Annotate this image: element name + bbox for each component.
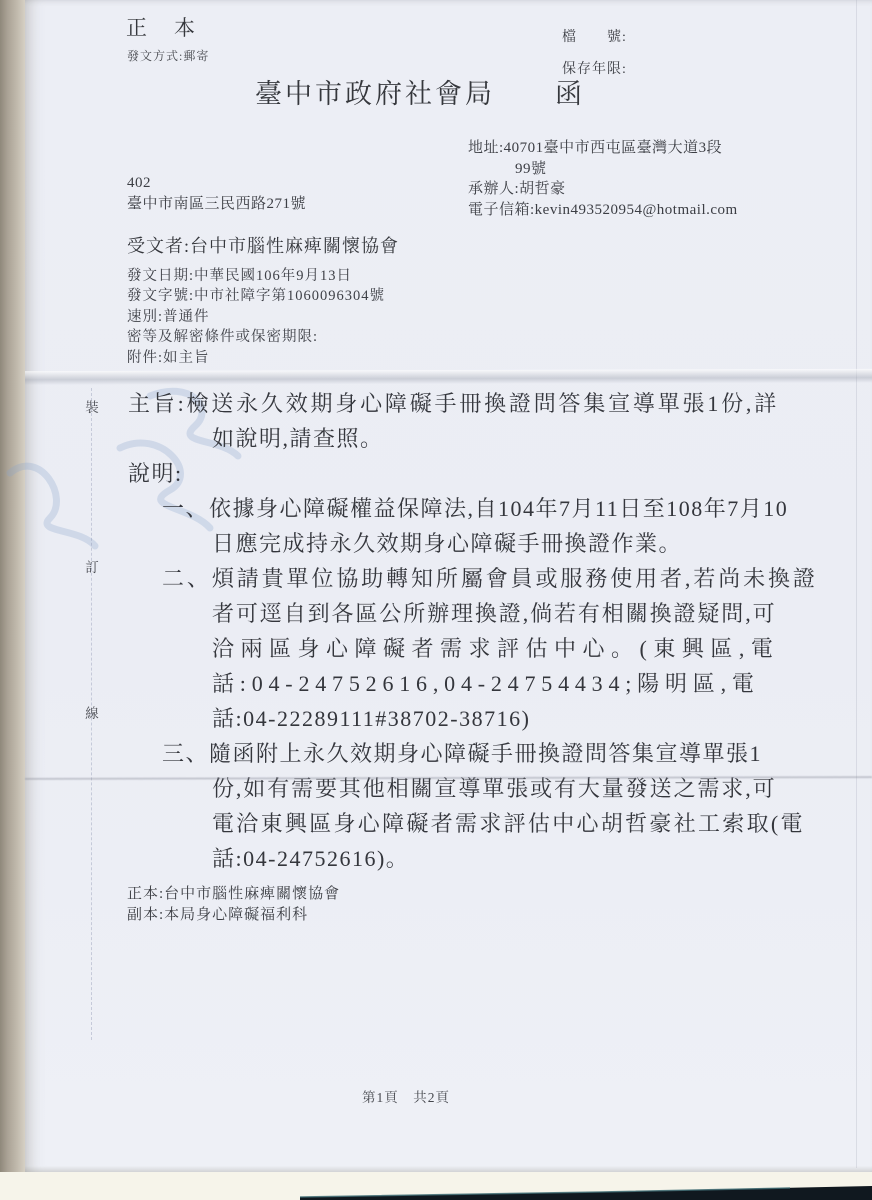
item-2-line-1: 二、煩請貴單位協助轉知所屬會員或服務使用者,若尚未換證 [128, 561, 828, 596]
delivery-method-label: 發文方式:郵寄 [127, 47, 209, 64]
item-1-line-2: 日應完成持永久效期身心障礙手冊換證作業。 [128, 526, 828, 561]
document-title: 臺中市政府社會局 函 [0, 72, 856, 111]
item-3-line-1: 三、隨函附上永久效期身心障礙手冊換證問答集宣導單張1 [128, 736, 828, 771]
security-level: 密等及解密條件或保密期限: [127, 327, 385, 347]
recipient-zip: 402 [127, 173, 306, 194]
carbon-copy-line: 副本:本局身心障礙福利科 [127, 905, 340, 926]
binding-mark-xian: 線 [79, 702, 105, 722]
subject-line-1: 主旨:檢送永久效期身心障礙手冊換證問答集宣導單張1份,詳 [128, 386, 828, 421]
page-number: 第1頁 共2頁 [0, 1086, 842, 1106]
sender-address-line2: 99號 [468, 159, 738, 180]
attachment-note: 附件:如主旨 [127, 348, 385, 368]
item-3-number: 三、 [162, 741, 209, 766]
sender-email: 電子信箱:kevin493520954@hotmail.com [468, 200, 738, 221]
recipient-mailing-address: 402 臺中市南區三民西路271號 [127, 173, 306, 215]
item-3-line-3: 電洽東興區身心障礙者需求評估中心胡哲豪社工索取(電 [128, 806, 828, 841]
scanner-edge-strip [0, 0, 25, 1200]
recipient-street: 臺中市南區三民西路271號 [127, 194, 306, 215]
item-2-number: 二、 [162, 566, 212, 591]
sender-contact-block: 地址:40701臺中市西屯區臺灣大道3段 99號 承辦人:胡哲豪 電子信箱:ke… [468, 138, 738, 220]
item-2-line-4: 話:04-24752616,04-24754434;陽明區,電 [128, 666, 828, 701]
fold-crease-upper [25, 369, 872, 385]
recipient-line: 受文者:台中市腦性麻痺關懷協會 [127, 232, 399, 258]
item-1-line-1: 一、依據身心障礙權益保障法,自104年7月11日至108年7月10 [128, 491, 828, 526]
item-2-line-3: 洽兩區身心障礙者需求評估中心。(東興區,電 [128, 631, 828, 666]
letter-body: 主旨:檢送永久效期身心障礙手冊換證問答集宣導單張1份,詳 如說明,請查照。 說明… [128, 386, 828, 876]
file-number-label: 檔 號: [562, 26, 627, 46]
document-meta-block: 發文日期:中華民國106年9月13日 發文字號:中市社障字第1060096304… [127, 266, 385, 368]
priority: 速別:普通件 [127, 307, 385, 327]
original-copy-line: 正本:台中市腦性麻痺關懷協會 [127, 884, 340, 905]
sender-contact-person: 承辦人:胡哲豪 [468, 179, 738, 200]
copy-type-label: 正 本 [126, 12, 198, 42]
issue-date: 發文日期:中華民國106年9月13日 [127, 266, 385, 286]
item-1-number: 一、 [162, 496, 209, 521]
binding-mark-zhuang: 裝 [79, 396, 105, 416]
item-2-line-2: 者可逕自到各區公所辦理換證,倘若有相關換證疑問,可 [128, 596, 828, 631]
subject-line-2: 如說明,請查照。 [128, 421, 828, 456]
explanation-heading: 說明: [128, 456, 828, 491]
scanner-dark-band [0, 1180, 872, 1200]
scanned-letter-page: 正 本 發文方式:郵寄 檔 號: 保存年限: 臺中市政府社會局 函 地址:407… [0, 0, 872, 1200]
doc-number: 發文字號:中市社障字第1060096304號 [127, 286, 385, 306]
item-3-line-4: 話:04-24752616)。 [128, 841, 828, 876]
sender-address-line1: 地址:40701臺中市西屯區臺灣大道3段 [468, 138, 738, 159]
binding-mark-ding: 訂 [79, 556, 105, 576]
fold-mark-right [856, 0, 857, 1168]
distribution-block: 正本:台中市腦性麻痺關懷協會 副本:本局身心障礙福利科 [127, 884, 340, 926]
item-2-line-5: 話:04-22289111#38702-38716) [128, 701, 828, 736]
